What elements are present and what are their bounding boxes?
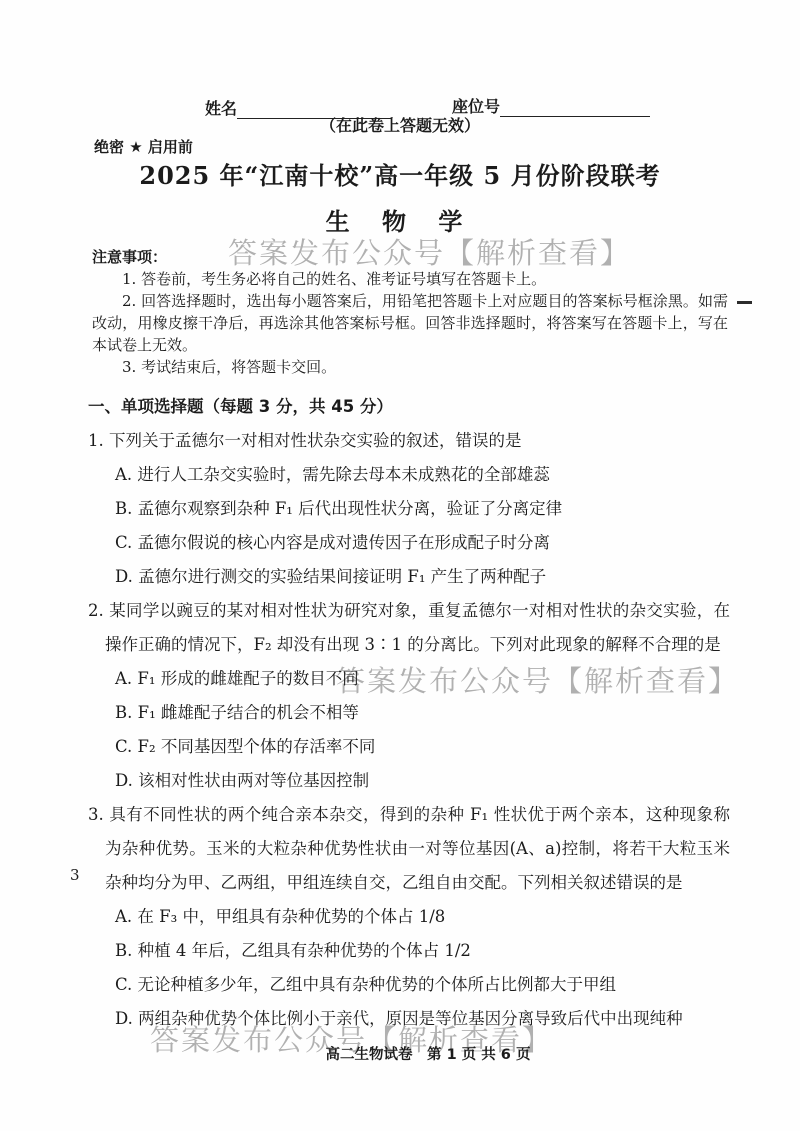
question-1-option-c: C. 孟德尔假说的核心内容是成对遗传因子在形成配子时分离 bbox=[115, 526, 730, 560]
secret-label: 绝密 ★ 启用前 bbox=[94, 136, 193, 157]
question-3-option-a: A. 在 F₃ 中，甲组具有杂种优势的个体占 1/8 bbox=[115, 900, 730, 934]
question-3-stem: 3. 具有不同性状的两个纯合亲本杂交，得到的杂种 F₁ 性状优于两个亲本，这种现… bbox=[88, 798, 730, 900]
question-3-option-d: D. 两组杂种优势个体比例小于亲代，原因是等位基因分离导致后代中出现纯种 bbox=[115, 1002, 730, 1036]
notice-item-1: 1. 答卷前，考生务必将自己的姓名、准考证号填写在答题卡上。 bbox=[92, 268, 728, 290]
question-3-option-b: B. 种植 4 年后，乙组具有杂种优势的个体占 1/2 bbox=[115, 934, 730, 968]
exam-paper-page: 姓名 座位号 （在此卷上答题无效） 绝密 ★ 启用前 2025 年“江南十校”高… bbox=[0, 0, 800, 1131]
question-2-option-b: B. F₁ 雌雄配子结合的机会不相等 bbox=[115, 696, 730, 730]
question-3-option-c: C. 无论种植多少年，乙组中具有杂种优势的个体所占比例都大于甲组 bbox=[115, 968, 730, 1002]
notice-heading: 注意事项： bbox=[92, 246, 728, 268]
question-section: 一、单项选择题（每题 3 分，共 45 分） 1. 下列关于孟德尔一对相对性状杂… bbox=[88, 390, 730, 1036]
question-1-stem: 1. 下列关于孟德尔一对相对性状杂交实验的叙述，错误的是 bbox=[88, 424, 730, 458]
notice-block: 注意事项： 1. 答卷前，考生务必将自己的姓名、准考证号填写在答题卡上。 2. … bbox=[92, 246, 728, 378]
notice-item-3: 3. 考试结束后，将答题卡交回。 bbox=[92, 356, 728, 378]
margin-page-number: 3 bbox=[70, 866, 80, 884]
question-2-stem: 2. 某同学以豌豆的某对相对性状为研究对象，重复孟德尔一对相对性状的杂交实验，在… bbox=[88, 594, 730, 662]
exam-title: 2025 年“江南十校”高一年级 5 月份阶段联考 bbox=[0, 156, 800, 191]
footer-page-label: 高二生物试卷 第 1 页 共 6 页 bbox=[0, 1043, 800, 1064]
margin-dash-mark bbox=[737, 301, 752, 304]
question-2-option-d: D. 该相对性状由两对等位基因控制 bbox=[115, 764, 730, 798]
question-2-option-a: A. F₁ 形成的雌雄配子的数目不同 bbox=[115, 662, 730, 696]
question-1-option-a: A. 进行人工杂交实验时，需先除去母本未成熟花的全部雄蕊 bbox=[115, 458, 730, 492]
question-2-option-c: C. F₂ 不同基因型个体的存活率不同 bbox=[115, 730, 730, 764]
notice-item-2: 2. 回答选择题时，选出每小题答案后，用铅笔把答题卡上对应题目的答案标号框涂黑。… bbox=[92, 290, 728, 356]
question-1-option-d: D. 孟德尔进行测交的实验结果间接证明 F₁ 产生了两种配子 bbox=[115, 560, 730, 594]
section-heading: 一、单项选择题（每题 3 分，共 45 分） bbox=[88, 390, 730, 424]
invalid-note: （在此卷上答题无效） bbox=[0, 113, 800, 136]
question-1-option-b: B. 孟德尔观察到杂种 F₁ 后代出现性状分离，验证了分离定律 bbox=[115, 492, 730, 526]
